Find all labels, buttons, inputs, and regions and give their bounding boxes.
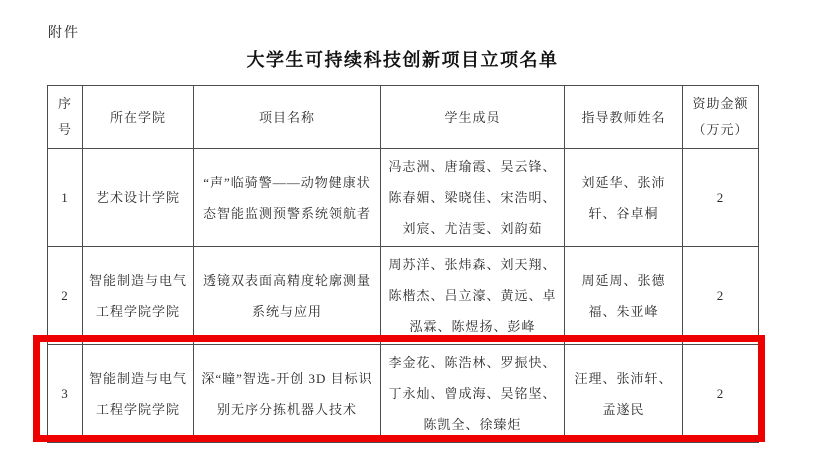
cell-college: 艺术设计学院 [83, 149, 194, 247]
cell-college: 智能制造与电气工程学院学院 [83, 247, 194, 345]
header-amount-line1: 资助金额 [689, 91, 752, 117]
cell-students: 周苏洋、张炜森、刘天翔、陈楷杰、吕立濠、黄远、卓泓霖、陈煜扬、彭峰 [381, 247, 565, 345]
cell-amount: 2 [683, 149, 759, 247]
document-page: 附件 大学生可持续科技创新项目立项名单 序 号 所在学院 项目名称 学生成员 指… [0, 0, 816, 467]
header-index: 序 号 [48, 86, 83, 149]
cell-college: 智能制造与电气工程学院学院 [83, 345, 194, 443]
header-project: 项目名称 [194, 86, 381, 149]
header-students: 学生成员 [381, 86, 565, 149]
cell-teachers: 刘延华、张沛轩、谷卓桐 [565, 149, 683, 247]
cell-index: 3 [48, 345, 83, 443]
table-row: 1 艺术设计学院 “声”临骑警——动物健康状态智能监测预警系统领航者 冯志洲、唐… [48, 149, 759, 247]
header-amount-line2: （万元） [689, 117, 752, 143]
cell-project: “声”临骑警——动物健康状态智能监测预警系统领航者 [194, 149, 381, 247]
header-teachers: 指导教师姓名 [565, 86, 683, 149]
cell-project: 深“瞳”智选-开创 3D 目标识别无序分拣机器人技术 [194, 345, 381, 443]
table-header-row: 序 号 所在学院 项目名称 学生成员 指导教师姓名 资助金额 （万元） [48, 86, 759, 149]
cell-teachers: 周延周、张德福、朱亚峰 [565, 247, 683, 345]
cell-index: 2 [48, 247, 83, 345]
header-amount: 资助金额 （万元） [683, 86, 759, 149]
cell-teachers: 汪理、张沛轩、孟遂民 [565, 345, 683, 443]
cell-index: 1 [48, 149, 83, 247]
table-row: 3 智能制造与电气工程学院学院 深“瞳”智选-开创 3D 目标识别无序分拣机器人… [48, 345, 759, 443]
attachment-label: 附件 [48, 22, 80, 42]
cell-students: 李金花、陈浩林、罗振快、丁永灿、曾成海、吴铭坚、陈凯全、徐臻炬 [381, 345, 565, 443]
cell-amount: 2 [683, 247, 759, 345]
project-table: 序 号 所在学院 项目名称 学生成员 指导教师姓名 资助金额 （万元） 1 艺术… [47, 85, 759, 443]
header-index-line2: 号 [54, 117, 76, 143]
cell-project: 透镜双表面高精度轮廓测量系统与应用 [194, 247, 381, 345]
table-row: 2 智能制造与电气工程学院学院 透镜双表面高精度轮廓测量系统与应用 周苏洋、张炜… [48, 247, 759, 345]
page-title: 大学生可持续科技创新项目立项名单 [47, 46, 758, 72]
cell-students: 冯志洲、唐瑜霞、吴云锋、陈春媚、梁晓佳、宋浩明、刘宸、尤洁雯、刘韵茹 [381, 149, 565, 247]
cell-amount: 2 [683, 345, 759, 443]
header-college: 所在学院 [83, 86, 194, 149]
header-index-line1: 序 [54, 91, 76, 117]
